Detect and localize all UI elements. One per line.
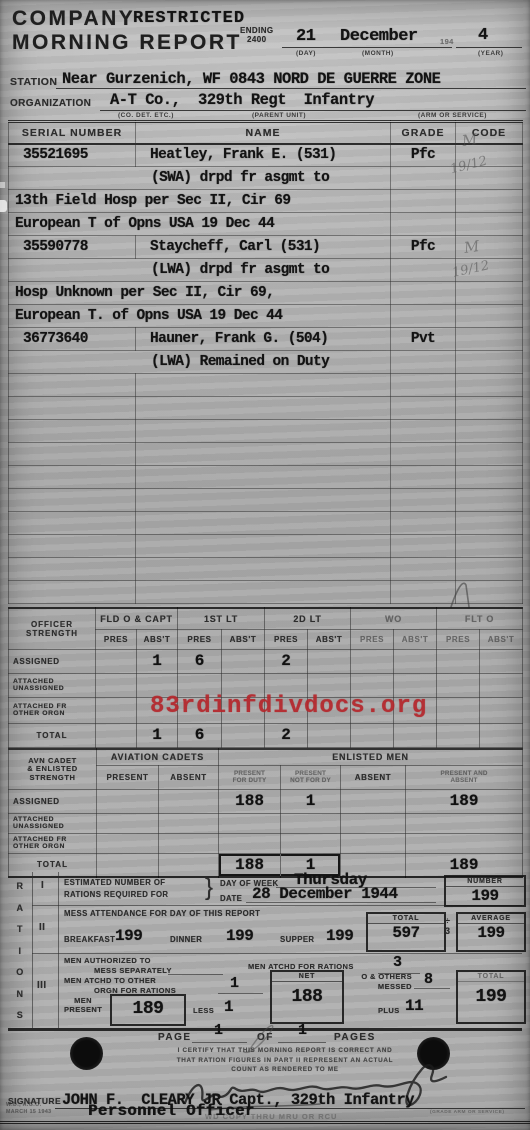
men-authorized-label: MEN AUTHORIZED TO xyxy=(64,956,151,965)
code-cell xyxy=(456,282,523,305)
certification-line: I CERTIFY THAT THIS MORNING REPORT IS CO… xyxy=(178,1047,393,1054)
officer-strength-table: OFFICER STRENGTH FLD O & CAPT 1ST LT 2D … xyxy=(8,607,523,748)
code-cell xyxy=(456,351,523,374)
col-grade: GRADE xyxy=(391,122,456,144)
caption-co-det: (CO. DET. ETC.) xyxy=(118,112,174,119)
label-text: MEN xyxy=(74,996,92,1005)
label-text: PRESENT xyxy=(64,1005,102,1014)
brace: } xyxy=(205,874,213,902)
enlisted-group-header-row: AVN CADET & ENLISTED STRENGTH AVIATION C… xyxy=(9,749,523,765)
organization-label: ORGANIZATION xyxy=(10,98,91,109)
net-value: 188 xyxy=(272,982,342,1007)
men-present-value: 189 xyxy=(133,999,164,1019)
label-text: O & OTHERS xyxy=(361,972,412,981)
plus-value: 11 xyxy=(405,997,423,1015)
form-footer-id: W.D., A.G.O. MARCH 15 1943 xyxy=(6,1102,52,1116)
row-label-total: TOTAL xyxy=(9,723,96,747)
signature-caption: (GRADE ARM OR SERVICE) xyxy=(430,1110,504,1115)
continuation-cell: (SWA) drpd fr asgmt to xyxy=(9,167,391,190)
roster-row: 13th Field Hosp per Sec II, Cir 69 xyxy=(9,190,523,213)
supper-value: 199 xyxy=(326,927,353,945)
station-value: Near Gurzenich, WF 0843 NORD DE GUERRE Z… xyxy=(62,70,530,88)
serial-cell: 35521695 xyxy=(9,144,136,167)
routing-stamp: WD COPY THRU MRU OR RCU xyxy=(205,1112,337,1121)
roster-header-row: SERIAL NUMBER NAME GRADE CODE xyxy=(9,122,523,144)
continuation-cell: (LWA) Remained on Duty xyxy=(9,351,391,374)
vertical-letter: S xyxy=(17,1010,23,1020)
page-number: 1 xyxy=(214,1022,223,1039)
ending-value: 2400 xyxy=(247,35,266,44)
row-label-attached-unassigned: ATTACHED UNASSIGNED xyxy=(9,813,97,833)
roster-empty-row xyxy=(9,489,523,512)
roster-empty-row xyxy=(9,420,523,443)
row-label-attached-fr: ATTACHED FR OTHER ORGN xyxy=(9,697,96,723)
code-cell xyxy=(456,328,523,351)
subhead-absent2: ABSENT xyxy=(341,765,406,789)
average-box: AVERAGE 199 xyxy=(456,912,526,952)
average-label: AVERAGE xyxy=(458,914,524,924)
restricted-stamp: RESTRICTED xyxy=(133,9,245,28)
serial-cell: 36773640 xyxy=(9,328,136,351)
number-box: NUMBER 199 xyxy=(444,875,526,907)
subhead-present-for-duty: PRESENT FOR DUTY xyxy=(219,765,281,789)
serial-cell: 35590778 xyxy=(9,236,136,259)
average-value: 199 xyxy=(458,924,524,942)
subhead-abst: ABS'T xyxy=(137,629,178,649)
grade-cell xyxy=(391,259,456,282)
caption-arm-service: (ARM OR SERVICE) xyxy=(418,112,487,119)
code-cell xyxy=(456,305,523,328)
subhead-pres: PRES xyxy=(178,629,222,649)
total-pages: 1 xyxy=(298,1022,307,1039)
rations-total-value: 199 xyxy=(458,982,524,1007)
men-present-label: MEN PRESENT xyxy=(64,996,102,1014)
dinner-label: DINNER xyxy=(170,935,202,944)
morning-report-document: COMPANY RESTRICTED MORNING REPORT ENDING… xyxy=(0,0,530,1130)
grade-cell: Pfc xyxy=(391,144,456,167)
row-label-attached-unassigned: ATTACHED UNASSIGNED xyxy=(9,673,96,697)
officer-strength-corner: OFFICER STRENGTH xyxy=(9,608,96,649)
roster-row: 35590778 Staycheff, Carl (531) Pfc xyxy=(9,236,523,259)
officer-total-row: TOTAL 1 6 2 xyxy=(9,723,523,747)
footer-text: W.D., A.G.O. xyxy=(6,1102,42,1108)
enlisted-attached-fr-row: ATTACHED FR OTHER ORGN xyxy=(9,833,523,853)
enlisted-strength-table: AVN CADET & ENLISTED STRENGTH AVIATION C… xyxy=(8,748,523,878)
form-header: COMPANY RESTRICTED MORNING REPORT ENDING… xyxy=(0,0,530,118)
numeral-ii: II xyxy=(39,922,45,933)
date-label: DATE xyxy=(220,894,242,903)
col-name: NAME xyxy=(136,122,391,144)
dinner-value: 199 xyxy=(226,927,253,945)
roster-row: European T of Opns USA 19 Dec 44 xyxy=(9,213,523,236)
pages-label: PAGES xyxy=(334,1032,376,1043)
vertical-letter: N xyxy=(17,989,24,999)
name-cell: Hauner, Frank G. (504) xyxy=(136,328,391,351)
organization-value: A-T Co., 329th Regt Infantry xyxy=(110,91,374,109)
row-label-assigned: ASSIGNED xyxy=(9,789,97,813)
rations-total-label: TOTAL xyxy=(458,972,524,982)
label-text: ESTIMATED NUMBER OF xyxy=(64,878,165,887)
o-others-value: 8 xyxy=(424,971,433,988)
roster-empty-row xyxy=(9,535,523,558)
roster-row: European T. of Opns USA 19 Dec 44 xyxy=(9,305,523,328)
pencil-annotation: M xyxy=(461,130,479,150)
subhead-pres: PRES xyxy=(265,629,308,649)
grade-cell xyxy=(391,213,456,236)
row-label-attached-fr: ATTACHED FR OTHER ORGN xyxy=(9,833,97,853)
group-fldo-capt: FLD O & CAPT xyxy=(96,608,178,629)
label-text: RATIONS REQUIRED FOR xyxy=(64,890,168,899)
pencil-annotation: M xyxy=(463,237,481,257)
vertical-letter: R xyxy=(17,881,24,891)
caption-year: (YEAR) xyxy=(478,50,503,57)
vertical-letter: O xyxy=(16,967,23,977)
roster-empty-row xyxy=(9,466,523,489)
group-2d-lt: 2D LT xyxy=(265,608,351,629)
subhead-pres: PRES xyxy=(96,629,137,649)
officer-group-header-row: OFFICER STRENGTH FLD O & CAPT 1ST LT 2D … xyxy=(9,608,523,629)
bottom-rule xyxy=(0,1121,530,1124)
mess-total-value: 597 xyxy=(368,924,444,942)
divide-by-three: ÷ 3 xyxy=(445,916,450,936)
subhead-pres: PRES xyxy=(437,629,480,649)
ration-date-value: 28 December 1944 xyxy=(252,885,398,903)
subhead-text: PRESENT FOR DUTY xyxy=(227,770,272,784)
grade-cell: Pvt xyxy=(391,328,456,351)
caption-day: (DAY) xyxy=(296,50,316,57)
code-cell xyxy=(456,190,523,213)
year-preprint: 194 xyxy=(440,37,454,46)
group-aviation-cadets: AVIATION CADETS xyxy=(97,749,219,765)
grade-cell xyxy=(391,351,456,374)
divide-by: 3 xyxy=(445,926,450,936)
ending-label: ENDING 2400 xyxy=(240,26,274,44)
mess-separately-underline xyxy=(168,960,223,975)
year-underline xyxy=(456,24,522,48)
form-title-morning-report: MORNING REPORT xyxy=(12,31,242,55)
breakfast-value: 199 xyxy=(115,927,142,945)
continuation-cell: 13th Field Hosp per Sec II, Cir 69 xyxy=(9,190,391,213)
caption-parent-unit: (PARENT UNIT) xyxy=(252,112,306,119)
roster-row: 35521695 Heatley, Frank E. (531) Pfc xyxy=(9,144,523,167)
date-month-value: December xyxy=(340,27,418,46)
vertical-letter: I xyxy=(19,946,22,956)
net-label: NET xyxy=(272,972,342,982)
name-cell: Staycheff, Carl (531) xyxy=(136,236,391,259)
roster-empty-row xyxy=(9,374,523,397)
group-wo: WO xyxy=(351,608,437,629)
enlisted-assigned-row: ASSIGNED 188 1 189 xyxy=(9,789,523,813)
row-label-text: ATTACHED FR OTHER ORGN xyxy=(13,703,83,718)
corner-text: STRENGTH xyxy=(26,629,78,638)
subhead-present-not-for-dy: PRESENT NOT FOR DY xyxy=(281,765,341,789)
code-cell xyxy=(456,213,523,236)
subhead-abst: ABS'T xyxy=(308,629,351,649)
subhead-present-and-absent: PRESENT AND ABSENT xyxy=(406,765,523,789)
roster-table: SERIAL NUMBER NAME GRADE CODE 35521695 H… xyxy=(8,120,523,604)
roster-row: (SWA) drpd fr asgmt to xyxy=(9,167,523,190)
men-atchd-rations-value: 3 xyxy=(393,954,402,971)
grade-cell: Pfc xyxy=(391,236,456,259)
subhead-text: PRESENT AND ABSENT xyxy=(437,770,492,784)
roster-empty-row xyxy=(9,443,523,466)
roster-row: Hosp Unknown per Sec II, Cir 69, xyxy=(9,282,523,305)
group-1st-lt: 1ST LT xyxy=(178,608,265,629)
roster-row: 36773640 Hauner, Frank G. (504) Pvt xyxy=(9,328,523,351)
continuation-cell: Hosp Unknown per Sec II, Cir 69, xyxy=(9,282,391,305)
supper-label: SUPPER xyxy=(280,935,314,944)
footer-text: MARCH 15 1943 xyxy=(6,1109,52,1115)
grade-cell xyxy=(391,167,456,190)
corner-text: OFFICER xyxy=(31,620,73,629)
vertical-letter: T xyxy=(17,924,23,934)
grade-cell xyxy=(391,190,456,213)
mess-separately-label: MESS SEPARATELY xyxy=(94,966,172,975)
orgn-for-rations-value: 1 xyxy=(230,975,239,992)
row-label-assigned: ASSIGNED xyxy=(9,649,96,673)
col-serial-number: SERIAL NUMBER xyxy=(9,122,136,144)
date-day-value: 21 xyxy=(296,27,315,46)
roster-row: (LWA) Remained on Duty xyxy=(9,351,523,374)
rations-vertical-label: R A T I O N S xyxy=(12,876,28,1027)
o-others-label: O & OTHERS MESSED xyxy=(360,972,412,992)
subhead-abst: ABS'T xyxy=(222,629,265,649)
rations-grid-hline xyxy=(32,953,522,954)
mess-total-box: TOTAL 597 xyxy=(366,912,446,952)
divide-sign: ÷ xyxy=(445,916,450,926)
enlisted-attached-unassigned-row: ATTACHED UNASSIGNED xyxy=(9,813,523,833)
continuation-cell: European T of Opns USA 19 Dec 44 xyxy=(9,213,391,236)
station-label: STATION xyxy=(10,76,57,88)
label-text: MESSED xyxy=(378,982,412,991)
page-label: PAGE xyxy=(158,1032,192,1043)
watermark: 83rdinfdivdocs.org xyxy=(150,693,427,720)
rations-grid-vline xyxy=(58,872,59,1028)
roster-empty-row xyxy=(9,397,523,420)
subhead-abst: ABS'T xyxy=(394,629,437,649)
grade-cell xyxy=(391,282,456,305)
numeral-iii: III xyxy=(37,980,47,991)
subhead-abst: ABS'T xyxy=(480,629,523,649)
estimated-rations-label: ESTIMATED NUMBER OF RATIONS REQUIRED FOR xyxy=(64,877,168,901)
film-edge-notch xyxy=(0,182,5,188)
rations-grid-vline xyxy=(32,872,33,1028)
men-present-box: 189 xyxy=(110,994,186,1026)
continuation-cell: European T. of Opns USA 19 Dec 44 xyxy=(9,305,391,328)
row-label-text: ATTACHED UNASSIGNED xyxy=(13,816,83,831)
vertical-letter: A xyxy=(17,903,24,913)
subhead-pres: PRES xyxy=(351,629,394,649)
corner-text: STRENGTH xyxy=(29,773,75,782)
roster-row: (LWA) drpd fr asgmt to xyxy=(9,259,523,282)
date-year-value: 4 xyxy=(478,26,488,45)
plus-label: PLUS xyxy=(378,1006,400,1015)
men-atchd-other-label: MEN ATCHD TO OTHER xyxy=(64,976,156,985)
less-label: LESS xyxy=(193,1006,214,1015)
mess-attendance-label: MESS ATTENDANCE FOR DAY OF THIS REPORT xyxy=(64,909,260,918)
number-label: NUMBER xyxy=(446,877,524,887)
group-enlisted-men: ENLISTED MEN xyxy=(219,749,523,765)
row-label-text: ATTACHED UNASSIGNED xyxy=(13,678,83,693)
group-flt-o: FLT O xyxy=(437,608,523,629)
continuation-cell: (LWA) drpd fr asgmt to xyxy=(9,259,391,282)
officer-assigned-row: ASSIGNED 1 6 2 xyxy=(9,649,523,673)
caption-month: (MONTH) xyxy=(362,50,394,57)
row-label-text: ATTACHED FR OTHER ORGN xyxy=(13,836,83,851)
breakfast-label: BREAKFAST xyxy=(64,935,115,944)
numeral-i: I xyxy=(41,880,44,891)
subhead-text: PRESENT NOT FOR DY xyxy=(288,770,333,784)
name-cell: Heatley, Frank E. (531) xyxy=(136,144,391,167)
subhead-absent: ABSENT xyxy=(159,765,219,789)
orgn-for-rations-underline xyxy=(218,978,263,994)
roster-empty-row xyxy=(9,512,523,535)
punch-hole-left xyxy=(70,1037,103,1070)
number-value: 199 xyxy=(446,887,524,905)
ending-label-text: ENDING xyxy=(240,26,274,35)
subhead-present: PRESENT xyxy=(97,765,159,789)
grade-cell xyxy=(391,305,456,328)
form-title-company: COMPANY xyxy=(12,7,135,31)
enlisted-strength-corner: AVN CADET & ENLISTED STRENGTH xyxy=(9,749,97,789)
film-edge-notch xyxy=(0,200,7,212)
rations-total-box: TOTAL 199 xyxy=(456,970,526,1024)
mess-total-label: TOTAL xyxy=(368,914,444,924)
